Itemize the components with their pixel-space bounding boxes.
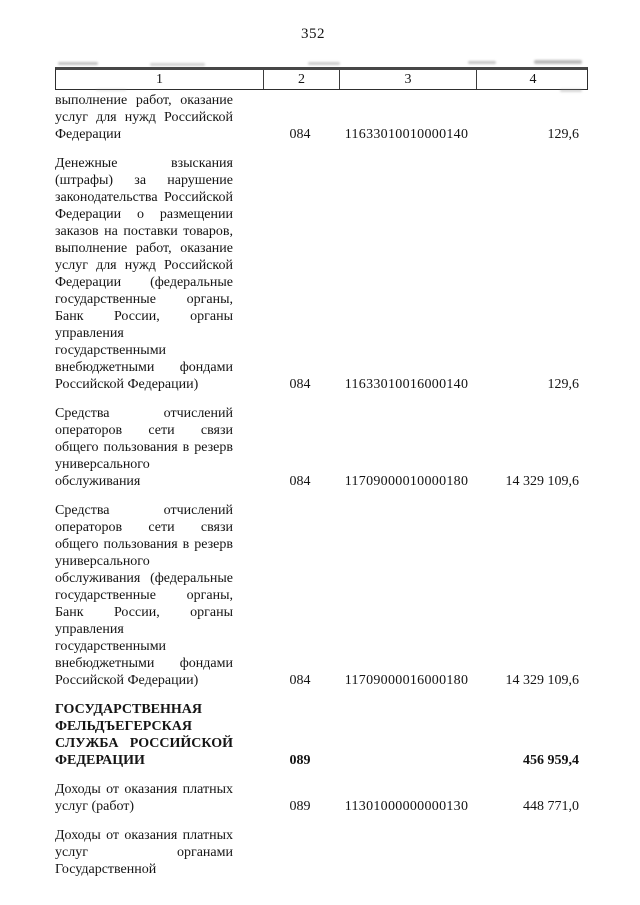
amount: 129,6 — [475, 126, 588, 143]
scan-noise-smudge — [308, 62, 340, 65]
admin-code: 089 — [262, 798, 338, 815]
scan-noise-smudge — [150, 63, 205, 66]
budget-code: 11709000010000180 — [338, 473, 475, 490]
column-header-1: 1 — [56, 70, 263, 89]
amount: 456 959,4 — [475, 752, 588, 769]
admin-code: 084 — [262, 376, 338, 393]
table-row-section-total: ГОСУДАРСТВЕННАЯ ФЕЛЬДЪЕГЕРСКАЯ СЛУЖБА РО… — [55, 701, 588, 769]
table-row: Доходы от оказания платных услуг органам… — [55, 827, 588, 878]
admin-code: 084 — [262, 672, 338, 689]
table-row: Денежные взыскания (штрафы) за нарушение… — [55, 155, 588, 393]
amount: 14 329 109,6 — [475, 672, 588, 689]
row-name: ГОСУДАРСТВЕННАЯ ФЕЛЬДЪЕГЕРСКАЯ СЛУЖБА РО… — [55, 701, 233, 769]
budget-table-body: выполнение работ, оказание услуг для нуж… — [55, 92, 588, 890]
budget-table-header: 1 2 3 4 — [55, 67, 588, 90]
row-name: Денежные взыскания (штрафы) за нарушение… — [55, 155, 233, 393]
scan-noise-smudge — [534, 60, 582, 64]
budget-code: 11301000000000130 — [338, 798, 475, 815]
row-name: Средства отчислений операторов сети связ… — [55, 502, 233, 689]
admin-code: 089 — [262, 752, 338, 769]
budget-code: 11633010010000140 — [338, 126, 475, 143]
table-row: Средства отчислений операторов сети связ… — [55, 502, 588, 689]
table-row: Средства отчислений операторов сети связ… — [55, 405, 588, 490]
budget-code: 11709000016000180 — [338, 672, 475, 689]
page-number: 352 — [0, 26, 626, 43]
column-header-2: 2 — [263, 70, 339, 89]
row-name: выполнение работ, оказание услуг для нуж… — [55, 92, 233, 143]
column-header-3: 3 — [339, 70, 476, 89]
scan-noise-smudge — [468, 61, 496, 64]
admin-code: 084 — [262, 473, 338, 490]
amount: 448 771,0 — [475, 798, 588, 815]
admin-code: 084 — [262, 126, 338, 143]
document-page: { "page": { "number": "352" }, "table": … — [0, 0, 640, 905]
row-name: Доходы от оказания платных услуг (работ) — [55, 781, 233, 815]
budget-code: 11633010016000140 — [338, 376, 475, 393]
amount: 14 329 109,6 — [475, 473, 588, 490]
table-row: выполнение работ, оказание услуг для нуж… — [55, 92, 588, 143]
scan-noise-smudge — [58, 62, 98, 65]
scan-noise-smudge — [96, 89, 126, 91]
row-name: Средства отчислений операторов сети связ… — [55, 405, 233, 490]
column-header-4: 4 — [476, 70, 589, 89]
row-name: Доходы от оказания платных услуг органам… — [55, 827, 233, 878]
amount: 129,6 — [475, 376, 588, 393]
table-row: Доходы от оказания платных услуг (работ)… — [55, 781, 588, 815]
